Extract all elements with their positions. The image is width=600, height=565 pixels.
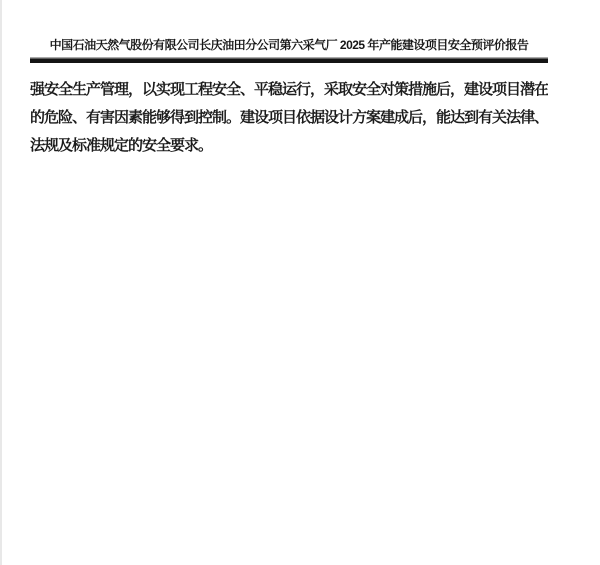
paragraph-line-3: 法规及标准规定的安全要求。 [30, 132, 548, 160]
paragraph-line-2: 的危险、有害因素能够得到控制。建设项目依据设计方案建成后，能达到有关法律、 [30, 104, 548, 132]
document-body: 强安全生产管理，以实现工程安全、平稳运行，采取安全对策措施后，建设项目潜在 的危… [30, 76, 548, 160]
header-rule [30, 57, 548, 63]
document-page: 中国石油天然气股份有限公司长庆油田分公司第六采气厂 2025 年产能建设项目安全… [0, 0, 600, 565]
running-head-title: 中国石油天然气股份有限公司长庆油田分公司第六采气厂 2025 年产能建设项目安全… [30, 36, 548, 54]
scan-edge-artifact [0, 0, 2, 565]
paragraph-line-1: 强安全生产管理，以实现工程安全、平稳运行，采取安全对策措施后，建设项目潜在 [30, 76, 548, 104]
